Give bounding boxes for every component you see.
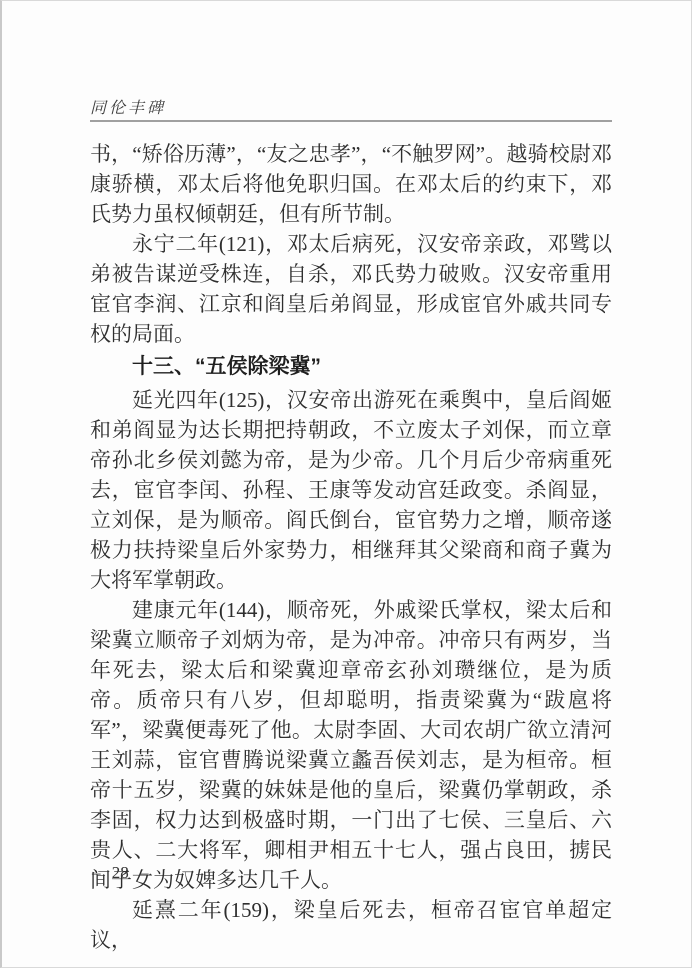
paragraph-jiankang-year: 建康元年(144)，顺帝死，外戚梁氏掌权，梁太后和梁冀立顺帝子刘炳为帝，是为冲帝… [90, 595, 612, 895]
paragraph-continuation: 书，“矫俗历薄”，“友之忠孝”，“不触罗网”。越骑校尉邓康骄横，邓太后将他免职归… [90, 139, 612, 229]
header-rule [90, 120, 612, 122]
book-page: 同伦丰碑 书，“矫俗历薄”，“友之忠孝”，“不触罗网”。越骑校尉邓康骄横，邓太后… [0, 0, 692, 968]
page-number: – 28 – [92, 863, 149, 883]
paragraph-yanguang-year: 延光四年(125)，汉安帝出游死在乘舆中，皇后阎姬和弟阎显为达长期把持朝政，不立… [90, 385, 612, 595]
running-header: 同伦丰碑 [90, 95, 612, 118]
page-body: 书，“矫俗历薄”，“友之忠孝”，“不触罗网”。越骑校尉邓康骄横，邓太后将他免职归… [90, 139, 612, 955]
paragraph-yongning-year: 永宁二年(121)，邓太后病死，汉安帝亲政，邓骘以弟被告谋逆受株连，自杀，邓氏势… [90, 229, 612, 349]
paragraph-yanxi-year: 延熹二年(159)，梁皇后死去，桓帝召宦官单超定议， [90, 895, 612, 955]
section-heading: 十三、“五侯除梁冀” [132, 352, 612, 382]
